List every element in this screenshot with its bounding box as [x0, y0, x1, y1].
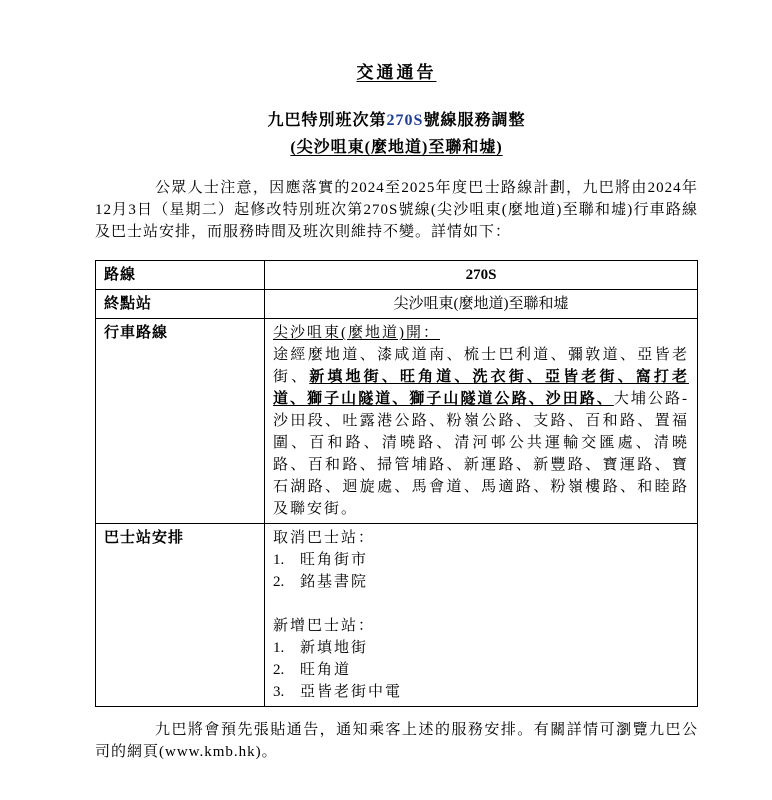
table-row-routing: 行車路線 尖沙咀東(麼地道)開： 途經麼地道、漆咸道南、梳士巴利道、彌敦道、亞皆… [96, 319, 698, 524]
stop-name: 銘基書院 [300, 571, 368, 593]
add-stops-heading: 新增巴士站： [273, 615, 689, 637]
route-label: 路線 [96, 261, 265, 290]
subtitle-route-number: 270S [387, 112, 424, 129]
list-item: 1. 旺角街市 [273, 549, 689, 571]
service-detail-table: 路線 270S 終點站 尖沙咀東(麼地道)至聯和墟 行車路線 尖沙咀東(麼地道)… [95, 260, 698, 707]
cancel-stops-heading: 取消巴士站： [273, 527, 689, 549]
terminus-label: 終點站 [96, 290, 265, 319]
table-row-bus-stops: 巴士站安排 取消巴士站： 1. 旺角街市 2. 銘基書院 新增巴士站： 1. 新… [96, 524, 698, 707]
stop-number: 3. [273, 681, 300, 703]
terminus-value: 尖沙咀東(麼地道)至聯和墟 [265, 290, 698, 319]
notice-subtitle-route-endpoints: (尖沙咀東(麼地道)至聯和墟) [95, 134, 698, 157]
routing-label: 行車路線 [96, 319, 265, 524]
notice-document: 交通通告 九巴特別班次第270S號線服務調整 (尖沙咀東(麼地道)至聯和墟) 公… [0, 0, 772, 763]
list-item: 3. 亞皆老街中電 [273, 681, 689, 703]
stop-name: 旺角街市 [300, 549, 368, 571]
route-value: 270S [265, 261, 698, 290]
stop-number: 1. [273, 549, 300, 571]
stop-number: 2. [273, 571, 300, 593]
closing-paragraph: 九巴將會預先張貼通告，通知乘客上述的服務安排。有關詳情可瀏覽九巴公司的網頁(ww… [95, 719, 698, 763]
list-item: 2. 旺角道 [273, 659, 689, 681]
routing-origin-heading: 尖沙咀東(麼地道)開： [273, 322, 689, 344]
stop-number: 1. [273, 637, 300, 659]
table-row-route: 路線 270S [96, 261, 698, 290]
notice-subtitle: 九巴特別班次第270S號線服務調整 [95, 107, 698, 130]
intro-paragraph: 公眾人士注意，因應落實的2024至2025年度巴士路線計劃，九巴將由2024年1… [95, 177, 698, 243]
list-item: 2. 銘基書院 [273, 571, 689, 593]
stop-number: 2. [273, 659, 300, 681]
stop-name: 亞皆老街中電 [300, 681, 402, 703]
routing-content: 尖沙咀東(麼地道)開： 途經麼地道、漆咸道南、梳士巴利道、彌敦道、亞皆老街、新填… [265, 319, 698, 524]
stop-name: 旺角道 [300, 659, 351, 681]
bus-stop-content: 取消巴士站： 1. 旺角街市 2. 銘基書院 新增巴士站： 1. 新填地街 2. [265, 524, 698, 707]
subtitle-suffix: 號線服務調整 [423, 112, 525, 129]
routing-via-normal-2: 大埔公路-沙田段、吐露港公路、粉嶺公路、支路、百和路、置福圍、百和路、清曉路、清… [273, 391, 689, 517]
subtitle-prefix: 九巴特別班次第 [268, 112, 387, 129]
stop-name: 新填地街 [300, 637, 368, 659]
routing-via-text: 途經麼地道、漆咸道南、梳士巴利道、彌敦道、亞皆老街、新填地街、旺角道、洗衣街、亞… [273, 344, 689, 520]
list-item: 1. 新填地街 [273, 637, 689, 659]
bus-stop-label: 巴士站安排 [96, 524, 265, 707]
blank-line [273, 593, 689, 615]
document-header: 交通通告 九巴特別班次第270S號線服務調整 (尖沙咀東(麼地道)至聯和墟) [95, 58, 698, 157]
table-row-terminus: 終點站 尖沙咀東(麼地道)至聯和墟 [96, 290, 698, 319]
page-title: 交通通告 [95, 58, 698, 83]
